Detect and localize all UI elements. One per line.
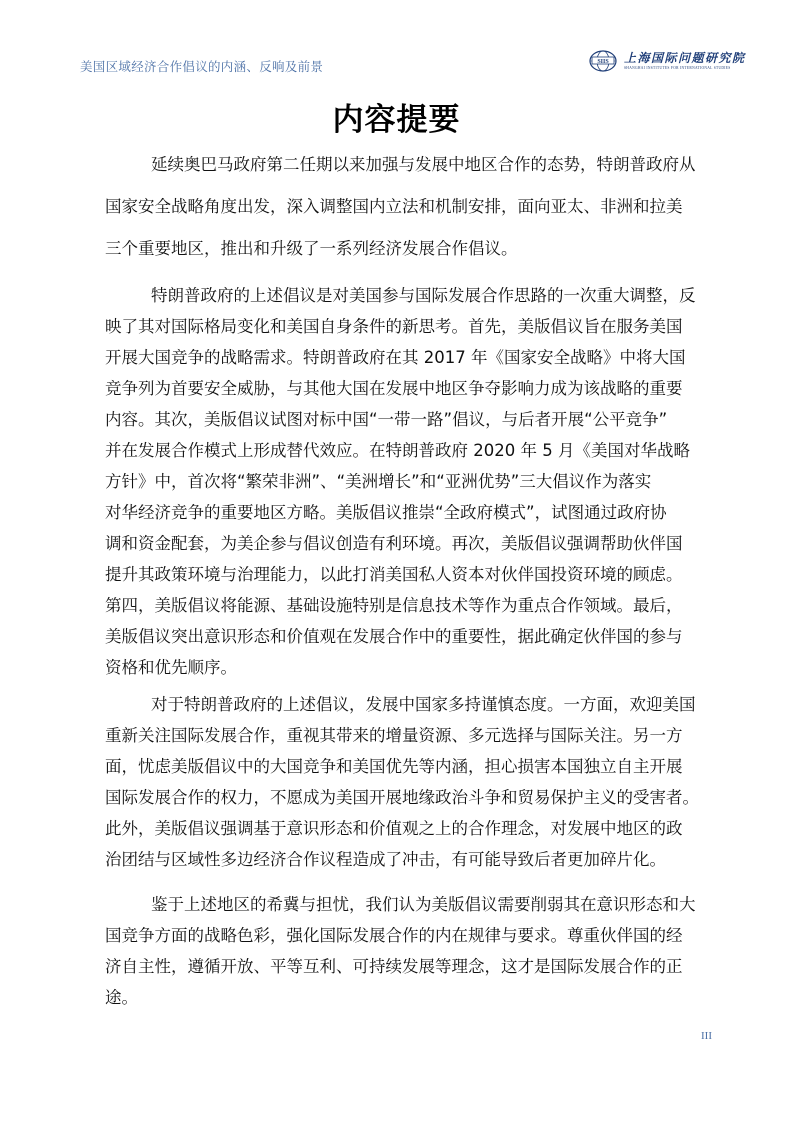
paragraph-line: 对于特朗普政府的上述倡议，发展中国家多持谨慎态度。一方面，欢迎美国 (151, 691, 687, 715)
paragraph-line: 映了其对国际格局变化和美国自身条件的新思考。首先，美版倡议旨在服务美国 (105, 313, 687, 337)
institute-chinese-name: 上海国际问题研究院 (624, 52, 746, 65)
paragraph-line: 延续奥巴马政府第二任期以来加强与发展中地区合作的态势，特朗普政府从 (151, 151, 687, 175)
paragraph-line: 治团结与区域性多边经济合作议程造成了冲击，有可能导致后者更加碎片化。 (105, 846, 687, 870)
paragraph-line: 三个重要地区，推出和升级了一系列经济发展合作倡议。 (105, 235, 687, 259)
institute-logo: SIIS 上海国际问题研究院 SHANGHAI INSTITUTES FOR I… (588, 50, 746, 72)
paragraph-line: 途。 (105, 984, 687, 1008)
paragraph-line: 调和资金配套，为美企参与倡议创造有利环境。再次，美版倡议强调帮助伙伴国 (105, 530, 687, 554)
page-title: 内容提要 (0, 94, 793, 139)
paragraph-line: 面，忧虑美版倡议中的大国竞争和美国优先等内涵，担心损害本国独立自主开展 (105, 753, 687, 777)
paragraph-line: 资格和优先顺序。 (105, 654, 687, 678)
paragraph-line: 此外，美版倡议强调基于意识形态和价值观之上的合作理念，对发展中地区的政 (105, 815, 687, 839)
globe-emblem-icon: SIIS (588, 50, 618, 72)
paragraph-line: 第四，美版倡议将能源、基础设施特别是信息技术等作为重点合作领域。最后， (105, 592, 687, 616)
paragraph-line: 竞争列为首要安全威胁，与其他大国在发展中地区争夺影响力成为该战略的重要 (105, 375, 687, 399)
paragraph-line: 国家安全战略角度出发，深入调整国内立法和机制安排，面向亚太、非洲和拉美 (105, 193, 687, 217)
paragraph-line: 开展大国竞争的战略需求。特朗普政府在其 2017 年《国家安全战略》中将大国 (105, 344, 687, 368)
paragraph-line: 国竞争方面的战略色彩，强化国际发展合作的内在规律与要求。尊重伙伴国的经 (105, 922, 687, 946)
paragraph-line: 鉴于上述地区的希冀与担忧，我们认为美版倡议需要削弱其在意识形态和大 (151, 891, 687, 915)
running-header-title: 美国区域经济合作倡议的内涵、反响及前景 (80, 57, 323, 75)
paragraph-line: 并在发展合作模式上形成替代效应。在特朗普政府 2020 年 5 月《美国对华战略 (105, 437, 687, 461)
paragraph-line: 重新关注国际发展合作，重视其带来的增量资源、多元选择与国际关注。另一方 (105, 722, 687, 746)
paragraph-line: 国际发展合作的权力，不愿成为美国开展地缘政治斗争和贸易保护主义的受害者。 (105, 784, 687, 808)
paragraph-line: 方针》中，首次将“繁荣非洲”、“美洲增长”和“亚洲优势”三大倡议作为落实 (105, 468, 687, 492)
paragraph-line: 美版倡议突出意识形态和价值观在发展合作中的重要性，据此确定伙伴国的参与 (105, 623, 687, 647)
paragraph-line: 特朗普政府的上述倡议是对美国参与国际发展合作思路的一次重大调整，反 (151, 282, 687, 306)
paragraph-line: 济自主性，遵循开放、平等互利、可持续发展等理念，这才是国际发展合作的正 (105, 953, 687, 977)
svg-text:SIIS: SIIS (597, 59, 609, 65)
paragraph-line: 对华经济竞争的重要地区方略。美版倡议推崇“全政府模式”，试图通过政府协 (105, 499, 687, 523)
institute-english-name: SHANGHAI INSTITUTES FOR INTERNATIONAL ST… (624, 65, 746, 71)
page-number: III (701, 1030, 712, 1042)
paragraph-line: 内容。其次，美版倡议试图对标中国“一带一路”倡议，与后者开展“公平竞争” (105, 406, 687, 430)
paragraph-line: 提升其政策环境与治理能力，以此打消美国私人资本对伙伴国投资环境的顾虑。 (105, 561, 687, 585)
